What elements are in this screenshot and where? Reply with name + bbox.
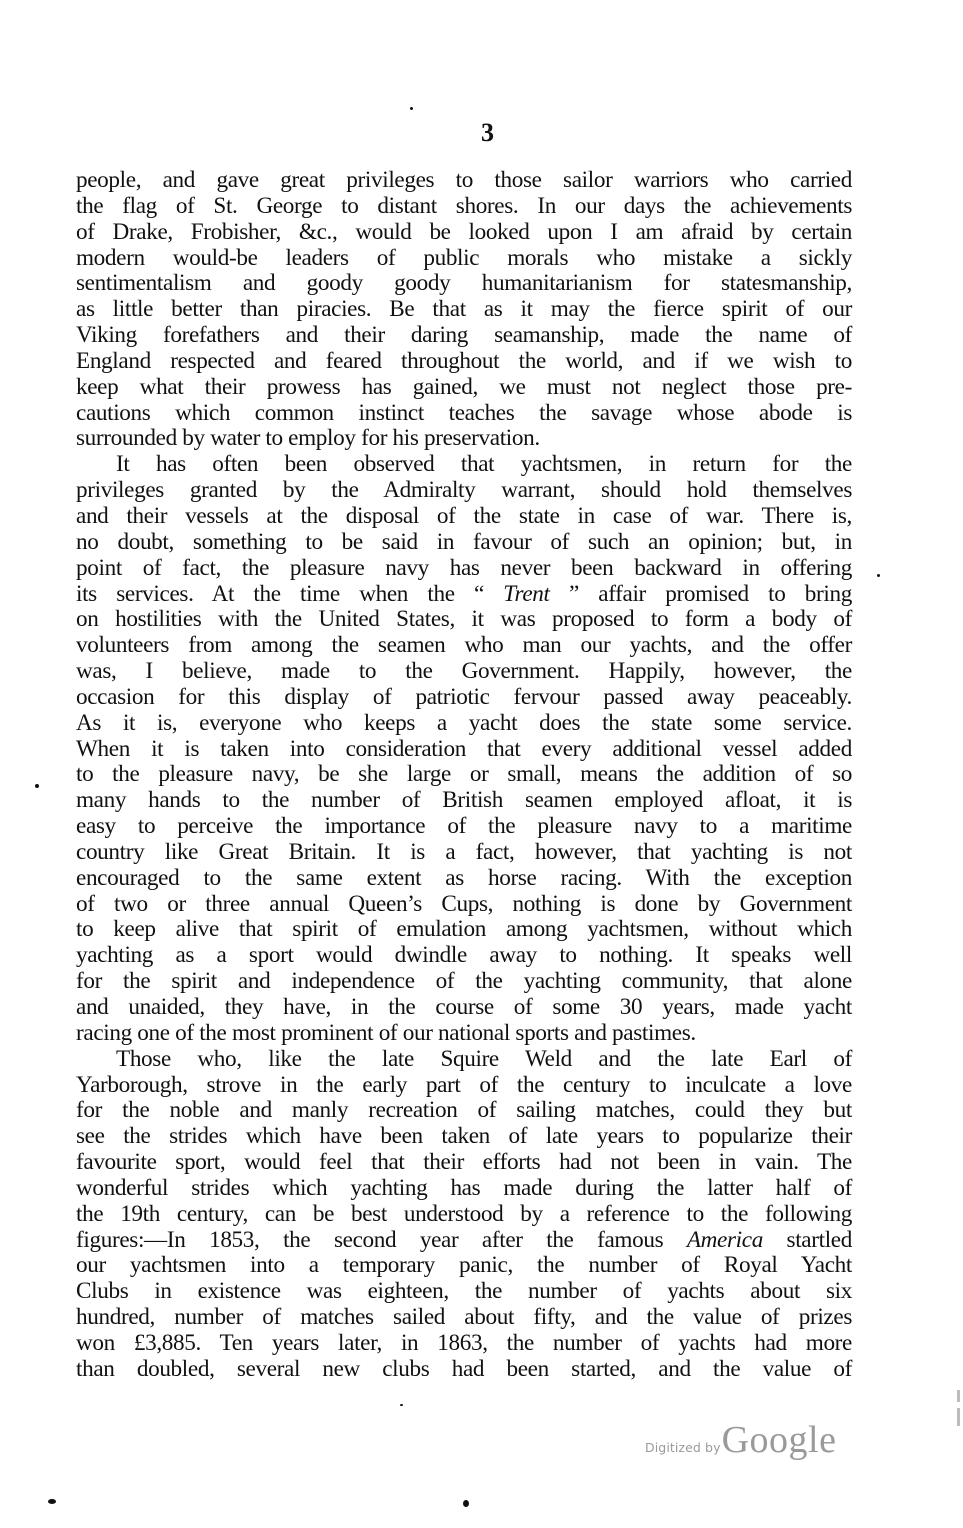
text-line: racing one of the most prominent of our … <box>76 1021 852 1047</box>
text-line: for the noble and manly recreation of sa… <box>76 1098 852 1124</box>
scan-edge-mark <box>957 1408 960 1426</box>
text-line: Yarborough, strove in the early part of … <box>76 1073 852 1099</box>
text-line: sentimentalism and goody goody humanitar… <box>76 271 852 297</box>
text-line: the 19th century, can be best understood… <box>76 1202 852 1228</box>
text-line: England respected and feared throughout … <box>76 349 852 375</box>
text-line: It has often been observed that yachtsme… <box>76 452 852 478</box>
text-line: the flag of St. George to distant shores… <box>76 194 852 220</box>
text-line: on hostilities with the United States, i… <box>76 607 852 633</box>
text-line: privileges granted by the Admiralty warr… <box>76 478 852 504</box>
watermark-prefix: Digitized by <box>645 1440 721 1455</box>
text-line: easy to perceive the importance of the p… <box>76 814 852 840</box>
scan-speck <box>410 107 413 110</box>
text-line: and unaided, they have, in the course of… <box>76 995 852 1021</box>
text-line: volunteers from among the seamen who man… <box>76 633 852 659</box>
text-line: surrounded by water to employ for his pr… <box>76 426 852 452</box>
text-line: of two or three annual Queen’s Cups, not… <box>76 892 852 918</box>
scan-speck <box>400 1404 403 1406</box>
text-line: Those who, like the late Squire Weld and… <box>76 1047 852 1073</box>
text-line: for the spirit and independence of the y… <box>76 969 852 995</box>
text-line: modern would-be leaders of public morals… <box>76 246 852 272</box>
italic-ship-name: Trent <box>503 581 549 607</box>
text-line: to keep alive that spirit of emulation a… <box>76 917 852 943</box>
text-line: As it is, everyone who keeps a yacht doe… <box>76 711 852 737</box>
italic-ship-name: America <box>687 1227 763 1253</box>
text-line: wonderful strides which yachting has mad… <box>76 1176 852 1202</box>
paragraph-2: It has often been observed that yachtsme… <box>76 452 852 1046</box>
text-line: yachting as a sport would dwindle away t… <box>76 943 852 969</box>
text-line-italic-america: figures:—In 1853, the second year after … <box>76 1228 852 1254</box>
text-line: occasion for this display of patriotic f… <box>76 685 852 711</box>
text-line-italic-trent: its services. At the time when the “ Tre… <box>76 582 852 608</box>
text-line: keep what their prowess has gained, we m… <box>76 375 852 401</box>
scan-speck <box>48 1499 56 1504</box>
text-line: no doubt, something to be said in favour… <box>76 530 852 556</box>
text-line: favourite sport, would feel that their e… <box>76 1150 852 1176</box>
body-text: people, and gave great privileges to tho… <box>76 168 852 1383</box>
scan-speck <box>877 574 880 577</box>
text-line: of Drake, Frobisher, &c., would be looke… <box>76 220 852 246</box>
text-line: When it is taken into consideration that… <box>76 737 852 763</box>
text-line: hundred, number of matches sailed about … <box>76 1305 852 1331</box>
text-line: as little better than piracies. Be that … <box>76 297 852 323</box>
digitized-by-google-watermark: Digitized byGoogle <box>645 1418 836 1462</box>
paragraph-3: Those who, like the late Squire Weld and… <box>76 1047 852 1383</box>
scan-edge-mark <box>957 1390 960 1402</box>
text-line: point of fact, the pleasure navy has nev… <box>76 556 852 582</box>
text-line: encouraged to the same extent as horse r… <box>76 866 852 892</box>
text-line: Clubs in existence was eighteen, the num… <box>76 1279 852 1305</box>
text-line: was, I believe, made to the Government. … <box>76 659 852 685</box>
google-logo: Google <box>722 1419 837 1461</box>
text-line: Viking forefathers and their daring seam… <box>76 323 852 349</box>
text-line: many hands to the number of British seam… <box>76 788 852 814</box>
text-line: than doubled, several new clubs had been… <box>76 1357 852 1383</box>
text-line: and their vessels at the disposal of the… <box>76 504 852 530</box>
paragraph-1: people, and gave great privileges to tho… <box>76 168 852 452</box>
text-line: people, and gave great privileges to tho… <box>76 168 852 194</box>
text-line: won £3,885. Ten years later, in 1863, th… <box>76 1331 852 1357</box>
page-number: 3 <box>0 118 963 148</box>
scan-speck <box>35 784 39 788</box>
text-line: see the strides which have been taken of… <box>76 1124 852 1150</box>
text-line: our yachtsmen into a temporary panic, th… <box>76 1253 852 1279</box>
scan-speck <box>463 1500 469 1507</box>
text-line: cautions which common instinct teaches t… <box>76 401 852 427</box>
text-line: to the pleasure navy, be she large or sm… <box>76 762 852 788</box>
text-line: country like Great Britain. It is a fact… <box>76 840 852 866</box>
